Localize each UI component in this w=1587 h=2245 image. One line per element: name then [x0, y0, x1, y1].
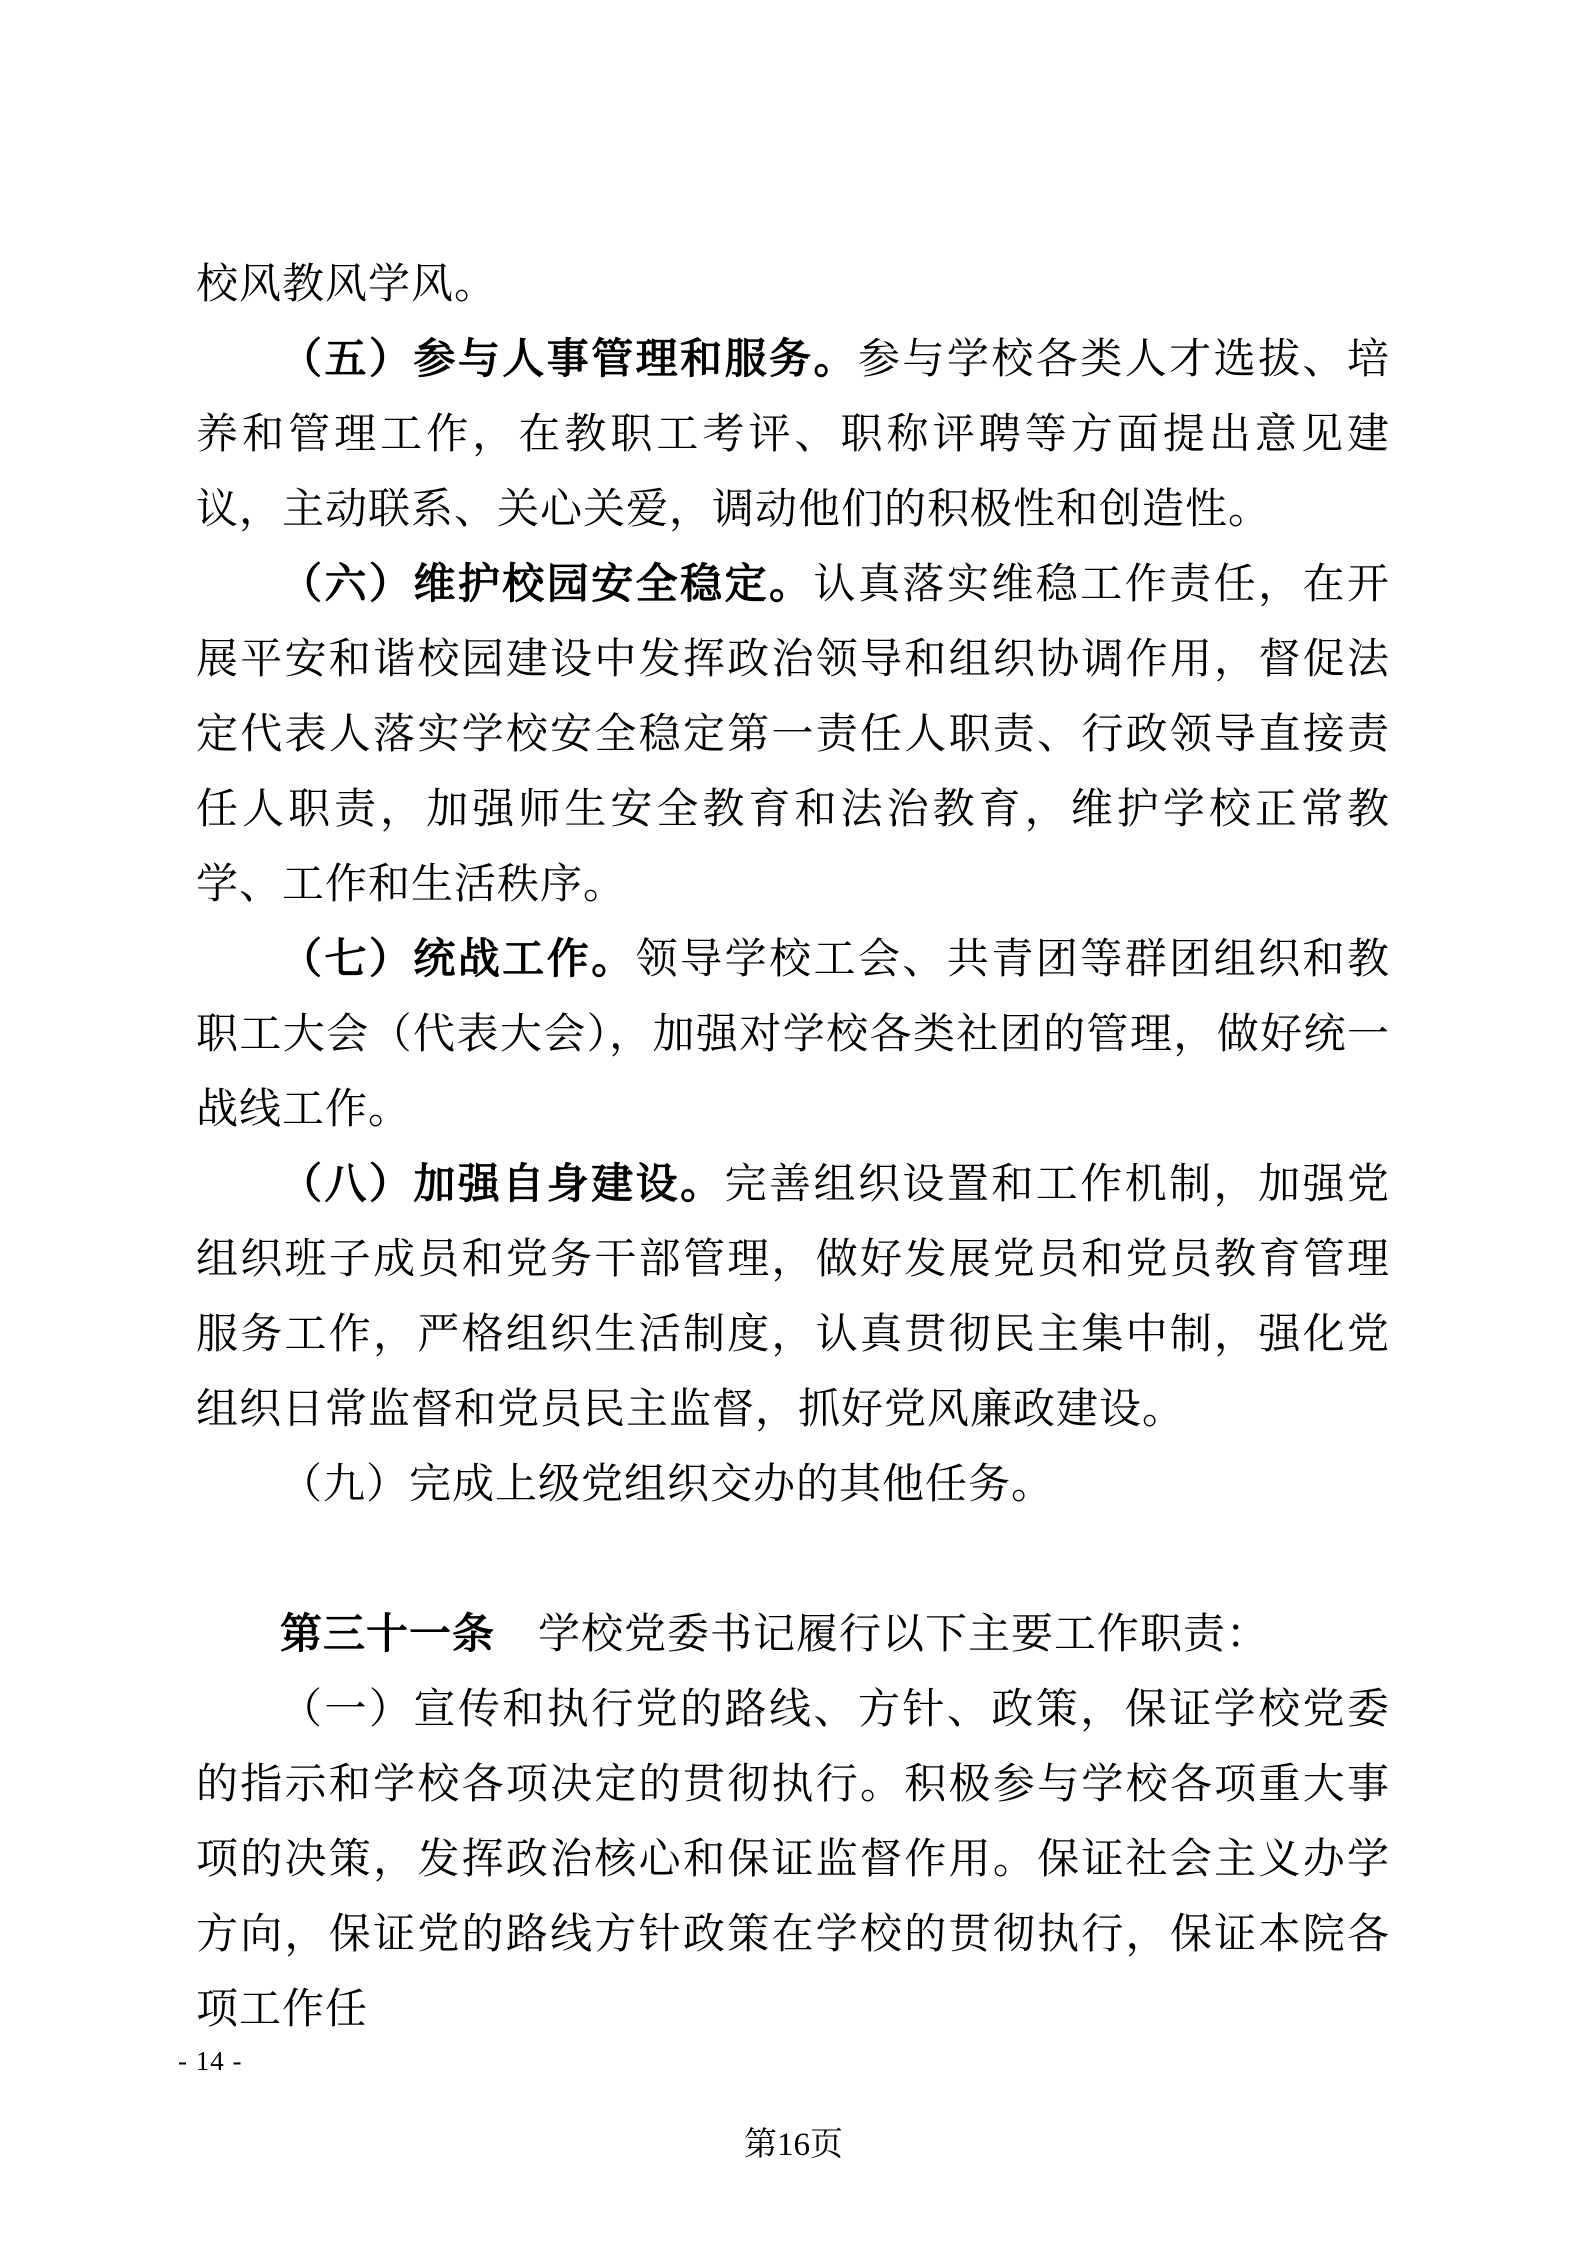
paragraph-text: 校风教风学风。 [196, 262, 497, 308]
paragraph: 校风教风学风。 [196, 248, 1390, 323]
paragraph-lead: （七）统战工作。 [280, 937, 636, 983]
blank-line [196, 1523, 1390, 1598]
paragraph-lead: （六）维护校园安全稳定。 [280, 562, 814, 608]
paragraph: （九）完成上级党组织交办的其他任务。 [196, 1448, 1390, 1523]
paragraph: （一）宣传和执行党的路线、方针、政策，保证学校党委的指示和学校各项决定的贯彻执行… [196, 1673, 1390, 2048]
paragraph-article-heading: 第三十一条 学校党委书记履行以下主要工作职责： [196, 1598, 1390, 1673]
paragraph-text: 认真落实维稳工作责任，在开展平安和谐校园建设中发挥政治领导和组织协调作用，督促法… [196, 562, 1390, 908]
paragraph: （七）统战工作。领导学校工会、共青团等群团组织和教职工大会（代表大会），加强对学… [196, 923, 1390, 1148]
paragraph-text: （一）宣传和执行党的路线、方针、政策，保证学校党委的指示和学校各项决定的贯彻执行… [196, 1687, 1390, 2033]
paragraph: （五）参与人事管理和服务。参与学校各类人才选拔、培养和管理工作，在教职工考评、职… [196, 323, 1390, 548]
article-number: 第三十一条 [280, 1612, 495, 1658]
page-number-center: 第16页 [0, 2118, 1587, 2165]
paragraph-text: 学校党委书记履行以下主要工作职责： [495, 1612, 1269, 1658]
paragraph-text: （九）完成上级党组织交办的其他任务。 [280, 1462, 1054, 1508]
page-number-left: - 14 - [178, 2046, 242, 2077]
paragraph: （六）维护校园安全稳定。认真落实维稳工作责任，在开展平安和谐校园建设中发挥政治领… [196, 548, 1390, 923]
paragraph: （八）加强自身建设。完善组织设置和工作机制，加强党组织班子成员和党务干部管理，做… [196, 1148, 1390, 1448]
document-page: 校风教风学风。 （五）参与人事管理和服务。参与学校各类人才选拔、培养和管理工作，… [0, 0, 1587, 2245]
document-body: 校风教风学风。 （五）参与人事管理和服务。参与学校各类人才选拔、培养和管理工作，… [196, 248, 1390, 2048]
paragraph-lead: （八）加强自身建设。 [280, 1162, 725, 1208]
paragraph-lead: （五）参与人事管理和服务。 [280, 337, 858, 383]
